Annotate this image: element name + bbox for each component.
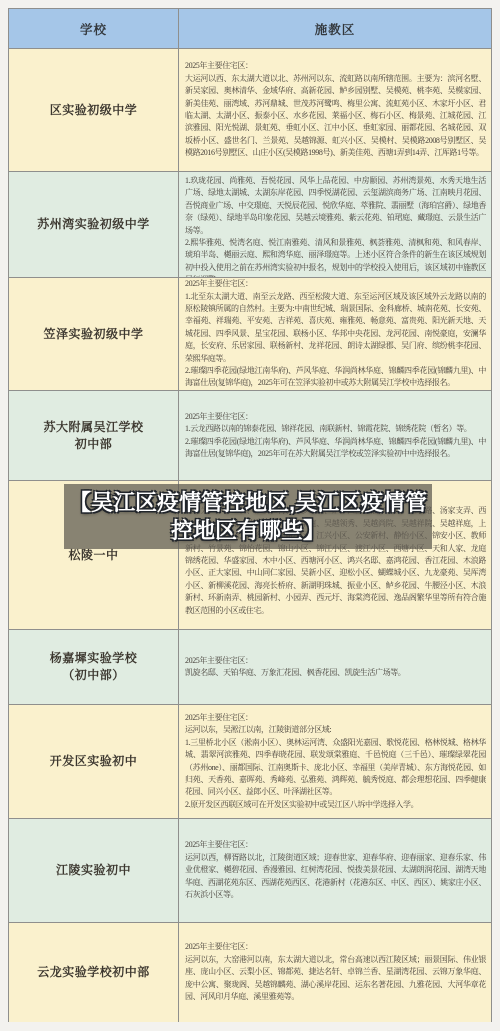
district-text: 2025年主要住宅区： 运河以东，吴淞江以南，江陵街道部分区域: 1.三里桥北小… (185, 712, 486, 811)
school-name: 江陵实验初中 (56, 862, 131, 879)
district-text: 2025年主要住宅区： 1.玖珑花园、尚雅苑、吾悦花园、风华上品花园、中房颐园、… (185, 172, 486, 277)
table-row: 笠泽实验初级中学 2025年主要住宅区： 1.北至东太湖大道、南至云龙路、西至松… (9, 277, 491, 390)
table-row: 云龙实验学校初中部 2025年主要住宅区： 运河以东，大窑港河以南，东太湖大道以… (9, 922, 491, 1022)
district-text: 2025年主要住宅区： 1.云龙西路以南的锦泰花园、锦祥花园、南联新村、锦霞花院… (185, 411, 486, 461)
school-cell: 苏大附属吴江学校 初中部 (9, 391, 179, 480)
district-text: 2025年主要住宅区： 运河以东，大窑港河以南，东太湖大道以北，常台高速以西江陵… (185, 941, 486, 1003)
table-row: 苏州湾实验初级中学 2025年主要住宅区： 1.玖珑花园、尚雅苑、吾悦花园、风华… (9, 171, 491, 277)
district-cell: 2025年主要住宅区： 运河以东，大窑港河以南，东太湖大道以北，常台高速以西江陵… (179, 923, 491, 1022)
school-cell: 区实验初级中学 (9, 49, 179, 171)
header-cell-district: 施教区 (179, 9, 491, 48)
school-cell: 开发区实验初中 (9, 705, 179, 818)
district-cell: 2025年主要住宅区： 1.云龙西路以南的锦泰花园、锦祥花园、南联新村、锦霞花院… (179, 391, 491, 480)
district-cell: 2025年主要住宅区： 运河以东，吴淞江以南，江陵街道部分区域: 1.三里桥北小… (179, 705, 491, 818)
table-row: 开发区实验初中 2025年主要住宅区： 运河以东，吴淞江以南，江陵街道部分区域:… (9, 704, 491, 818)
table-row: 杨嘉墀实验学校 （初中部） 2025年主要住宅区： 凯旋名邸、天铂华庭、万象汇花… (9, 629, 491, 704)
watermark-overlay: 【吴江区疫情管控地区,吴江区疫情管控地区有哪些】 (64, 484, 432, 549)
district-text: 2025年主要住宅区： 凯旋名邸、天铂华庭、万象汇花园、枫香花园、凯旋生活广场等… (185, 655, 486, 680)
school-name: 区实验初级中学 (50, 102, 138, 119)
table-header-row: 学校 施教区 (9, 9, 491, 48)
header-cell-school: 学校 (9, 9, 179, 48)
school-name: 笠泽实验初级中学 (43, 326, 143, 343)
watermark-text: 【吴江区疫情管控地区,吴江区疫情管控地区有哪些】 (64, 489, 432, 545)
district-cell: 2025年主要住宅区： 大运河以西、东太湖大道以北、苏州河以东、流虹路以南所辖范… (179, 49, 491, 171)
district-cell: 2025年主要住宅区： 1.玖珑花园、尚雅苑、吾悦花园、风华上品花园、中房颐园、… (179, 172, 491, 277)
school-cell: 江陵实验初中 (9, 819, 179, 922)
school-name: 苏大附属吴江学校 初中部 (43, 419, 143, 453)
school-cell: 笠泽实验初级中学 (9, 278, 179, 390)
table-row: 江陵实验初中 2025年主要住宅区： 运河以西，柳胥路以北，江陵街道区域；迎春世… (9, 818, 491, 922)
school-name: 杨嘉墀实验学校 （初中部） (50, 650, 138, 684)
table-row: 苏大附属吴江学校 初中部 2025年主要住宅区： 1.云龙西路以南的锦泰花园、锦… (9, 390, 491, 480)
school-name: 开发区实验初中 (50, 753, 138, 770)
school-cell: 云龙实验学校初中部 (9, 923, 179, 1022)
school-name: 松陵一中 (68, 547, 118, 564)
district-text: 2025年主要住宅区： 大运河以西、东太湖大道以北、苏州河以东、流虹路以南所辖范… (185, 60, 486, 159)
header-label-district: 施教区 (315, 20, 356, 38)
school-cell: 苏州湾实验初级中学 (9, 172, 179, 277)
school-name: 苏州湾实验初级中学 (37, 216, 150, 233)
district-text: 2025年主要住宅区： 1.北至东太湖大道、南至云龙路、西至松陵大道、东至运河区… (185, 278, 486, 390)
school-name: 云龙实验学校初中部 (37, 964, 150, 981)
district-cell: 2025年主要住宅区： 凯旋名邸、天铂华庭、万象汇花园、枫香花园、凯旋生活广场等… (179, 630, 491, 704)
school-cell: 杨嘉墀实验学校 （初中部） (9, 630, 179, 704)
table-row: 区实验初级中学 2025年主要住宅区： 大运河以西、东太湖大道以北、苏州河以东、… (9, 48, 491, 171)
district-text: 2025年主要住宅区： 运河以西，柳胥路以北，江陵街道区域；迎春世家、迎春华府、… (185, 839, 486, 901)
header-label-school: 学校 (80, 20, 107, 38)
district-cell: 2025年主要住宅区： 1.北至东太湖大道、南至云龙路、西至松陵大道、东至运河区… (179, 278, 491, 390)
district-cell: 2025年主要住宅区： 运河以西，柳胥路以北，江陵街道区域；迎春世家、迎春华府、… (179, 819, 491, 922)
